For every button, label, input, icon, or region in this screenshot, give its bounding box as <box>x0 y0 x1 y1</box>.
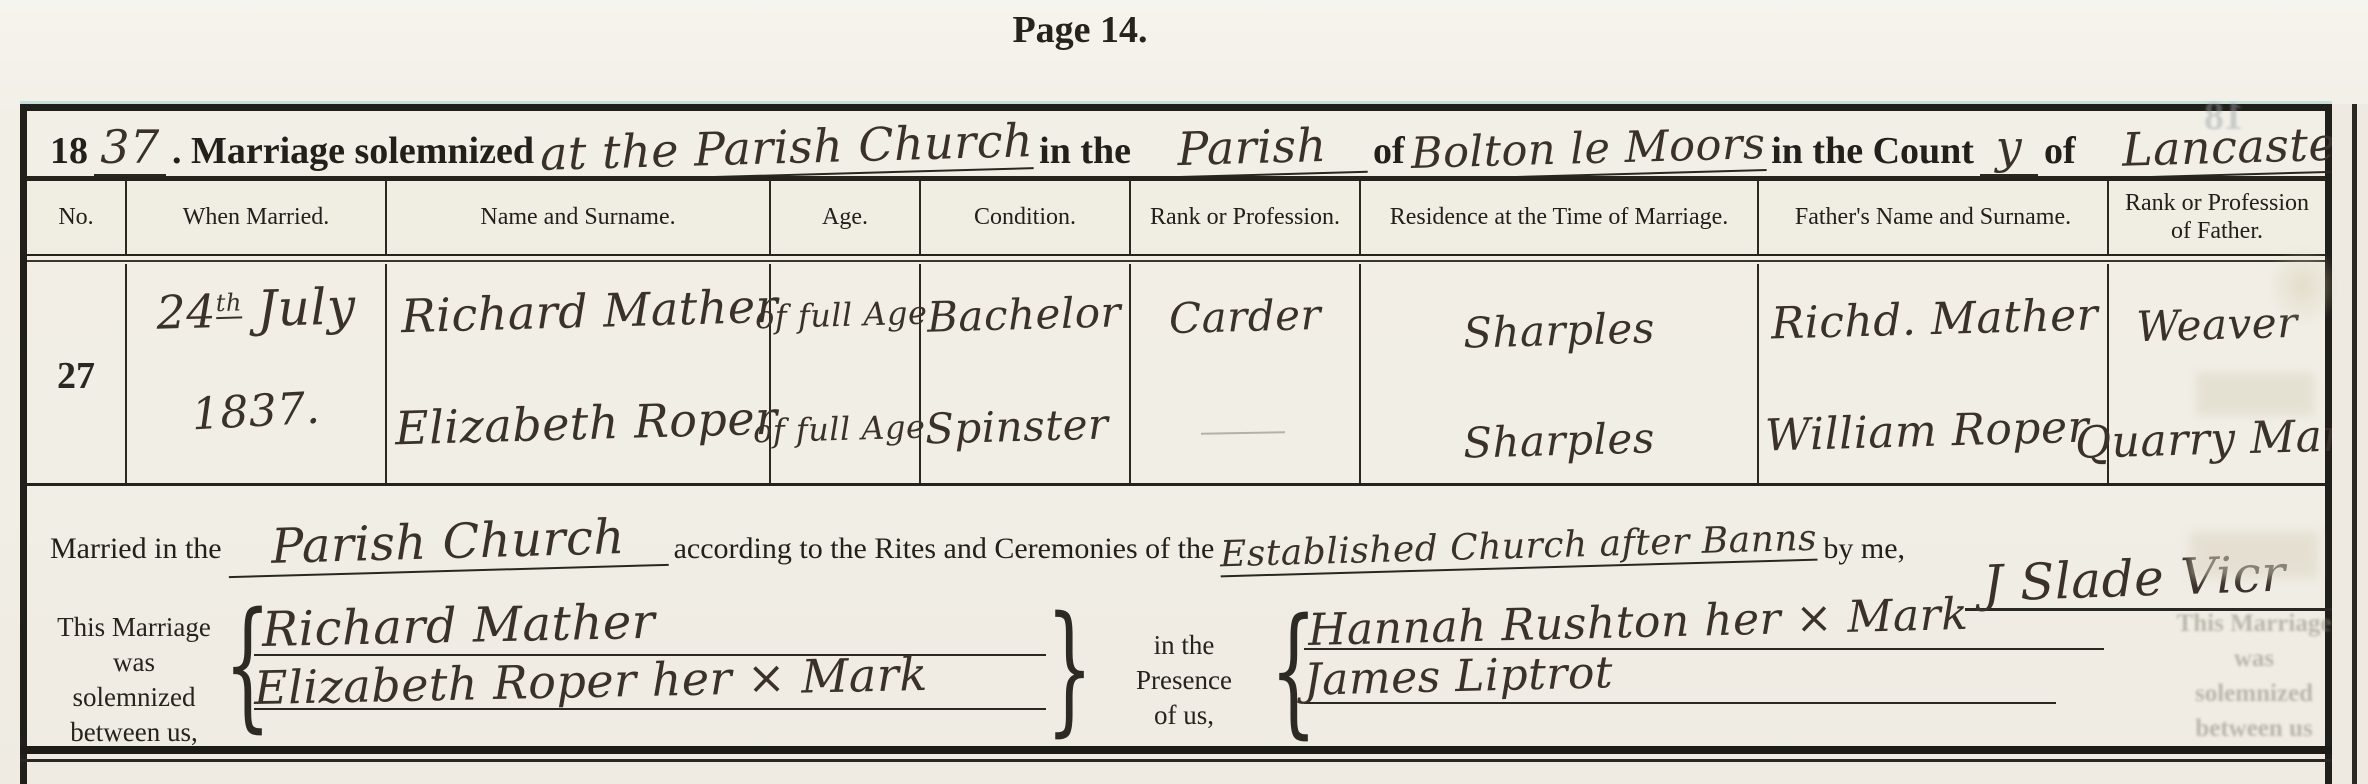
parish-handwritten: Parish <box>1136 117 1367 179</box>
couple-brace-close: } <box>1046 599 1093 740</box>
groom-residence: Sharples <box>1360 300 1757 360</box>
bride-residence: Sharples <box>1360 410 1757 470</box>
groom-signature: Richard Mather <box>253 594 655 658</box>
bride-signature: Elizabeth Roper her × Mark <box>254 647 929 715</box>
bleedthrough-text-column: This Marriage was solemnized between us <box>2168 606 2340 746</box>
register-header-line: 18 37 . Marriage solemnized at the Paris… <box>44 120 2320 176</box>
header-when-married: When Married. <box>127 181 387 254</box>
parish-name-handwritten: Bolton le Moors <box>1410 119 1766 181</box>
bleedthrough-year-ghost: 18 <box>2204 92 2244 139</box>
marriage-year: 1837. <box>126 379 386 443</box>
marriage-solemnized-label: . Marriage solemnized <box>166 129 540 173</box>
county-label: in the Count <box>1765 129 1980 173</box>
header-age: Age. <box>771 181 921 254</box>
ink-blot <box>2266 244 2340 328</box>
header-rank-profession: Rank or Profession. <box>1131 181 1361 254</box>
witness1-signature: Hannah Rushton her × Mark <box>1303 589 1969 656</box>
bleedthrough-line-2: was <box>2168 641 2340 676</box>
year-handwritten: 37 <box>94 120 166 176</box>
header-father-name: Father's Name and Surname. <box>1759 181 2109 254</box>
married-in-label: Married in the <box>44 532 228 566</box>
cell-condition: Bachelor Spinster <box>921 264 1131 483</box>
header-no: No. <box>27 181 127 254</box>
of-label: of <box>1367 129 1411 173</box>
marriage-day: 24 <box>156 284 217 340</box>
this-marriage-line-2: was <box>36 645 232 680</box>
groom-condition: Bachelor <box>926 287 1121 341</box>
cell-profession: Carder <box>1131 264 1361 483</box>
bleedthrough-smudge <box>2196 372 2314 416</box>
bleedthrough-line-3: solemnized <box>2168 676 2340 711</box>
marriage-day-suffix: th <box>215 288 242 319</box>
bleedthrough-line-1: This Marriage <box>2168 606 2340 641</box>
witness1-signature-line: Hannah Rushton her × Mark <box>1304 590 2104 650</box>
this-marriage-line-1: This Marriage <box>36 610 232 645</box>
cell-age: of full Age of full Age <box>771 264 921 483</box>
cell-residence: Sharples Sharples <box>1361 264 1759 483</box>
cell-no: 27 <box>27 264 127 483</box>
witness2-signature: James Liptrot <box>1303 647 1613 706</box>
groom-age: of full Age <box>755 294 928 337</box>
bleedthrough-smudge <box>2190 532 2318 578</box>
record-number: 27 <box>27 354 125 398</box>
bottom-separator-rule <box>20 746 2332 762</box>
bride-father-profession: Quarry Man <box>2074 410 2352 469</box>
church-place-handwritten: at the Parish Church <box>539 113 1034 183</box>
witness-signatures: Hannah Rushton her × Mark James Liptrot <box>1304 590 2104 704</box>
groom-father-name: Richd. Mather <box>1770 289 2098 349</box>
record-row-27: 27 24th July 1837. Richard Mather Elizab… <box>27 264 2325 486</box>
bride-signature-line: Elizabeth Roper her × Mark <box>254 656 1046 710</box>
year-printed-prefix: 18 <box>44 129 94 173</box>
register-table: No. When Married. Name and Surname. Age.… <box>27 176 2325 486</box>
marriage-register-scan: { "page": { "title": "Page 14." }, "regi… <box>0 0 2368 784</box>
couple-signatures: Richard Mather Elizabeth Roper her × Mar… <box>254 598 1046 710</box>
header-name-surname: Name and Surname. <box>387 181 771 254</box>
this-marriage-line-3: solemnized <box>36 680 232 715</box>
bleedthrough-line-4: between us <box>2168 711 2340 746</box>
bride-condition: Spinster <box>924 399 1109 453</box>
cell-when-married: 24th July 1837. <box>127 264 387 483</box>
cell-father-name: Richd. Mather William Roper <box>1759 264 2109 483</box>
bride-father-name: William Roper <box>1764 401 2089 461</box>
bride-profession-blank-dash <box>1201 431 1285 434</box>
married-in-handwritten: Parish Church <box>227 508 668 578</box>
bride-age: of full Age <box>753 408 926 451</box>
this-marriage-label: This Marriage was solemnized between us, <box>36 610 232 750</box>
groom-profession: Carder <box>1130 289 1359 344</box>
presence-line-2: Presence <box>1098 663 1270 698</box>
presence-line-3: of us, <box>1098 698 1270 733</box>
rites-handwritten: Established Church after Banns <box>1220 518 1818 578</box>
presence-label: in the Presence of us, <box>1098 628 1270 733</box>
witness2-signature-line: James Liptrot <box>1304 650 2056 704</box>
page-number: Page 14. <box>930 8 1230 52</box>
cell-names: Richard Mather Elizabeth Roper <box>387 264 771 483</box>
by-me-label: by me, <box>1817 532 1911 566</box>
bride-name: Elizabeth Roper <box>394 391 778 456</box>
in-the-label: in the <box>1033 129 1137 173</box>
presence-line-1: in the <box>1098 628 1270 663</box>
marriage-month: July <box>256 277 356 338</box>
rites-label: according to the Rites and Ceremonies of… <box>668 532 1221 566</box>
ceremony-line: Married in the Parish Church according t… <box>44 514 1984 572</box>
header-residence: Residence at the Time of Marriage. <box>1361 181 1759 254</box>
right-page-edge <box>2352 104 2357 784</box>
of-label-2: of <box>2038 129 2082 173</box>
header-condition: Condition. <box>921 181 1131 254</box>
groom-name: Richard Mather <box>400 279 778 344</box>
marriage-date-day-month: 24th July <box>126 276 386 341</box>
county-suffix-handwritten: y <box>1980 120 2038 176</box>
table-header-row: No. When Married. Name and Surname. Age.… <box>27 176 2325 256</box>
